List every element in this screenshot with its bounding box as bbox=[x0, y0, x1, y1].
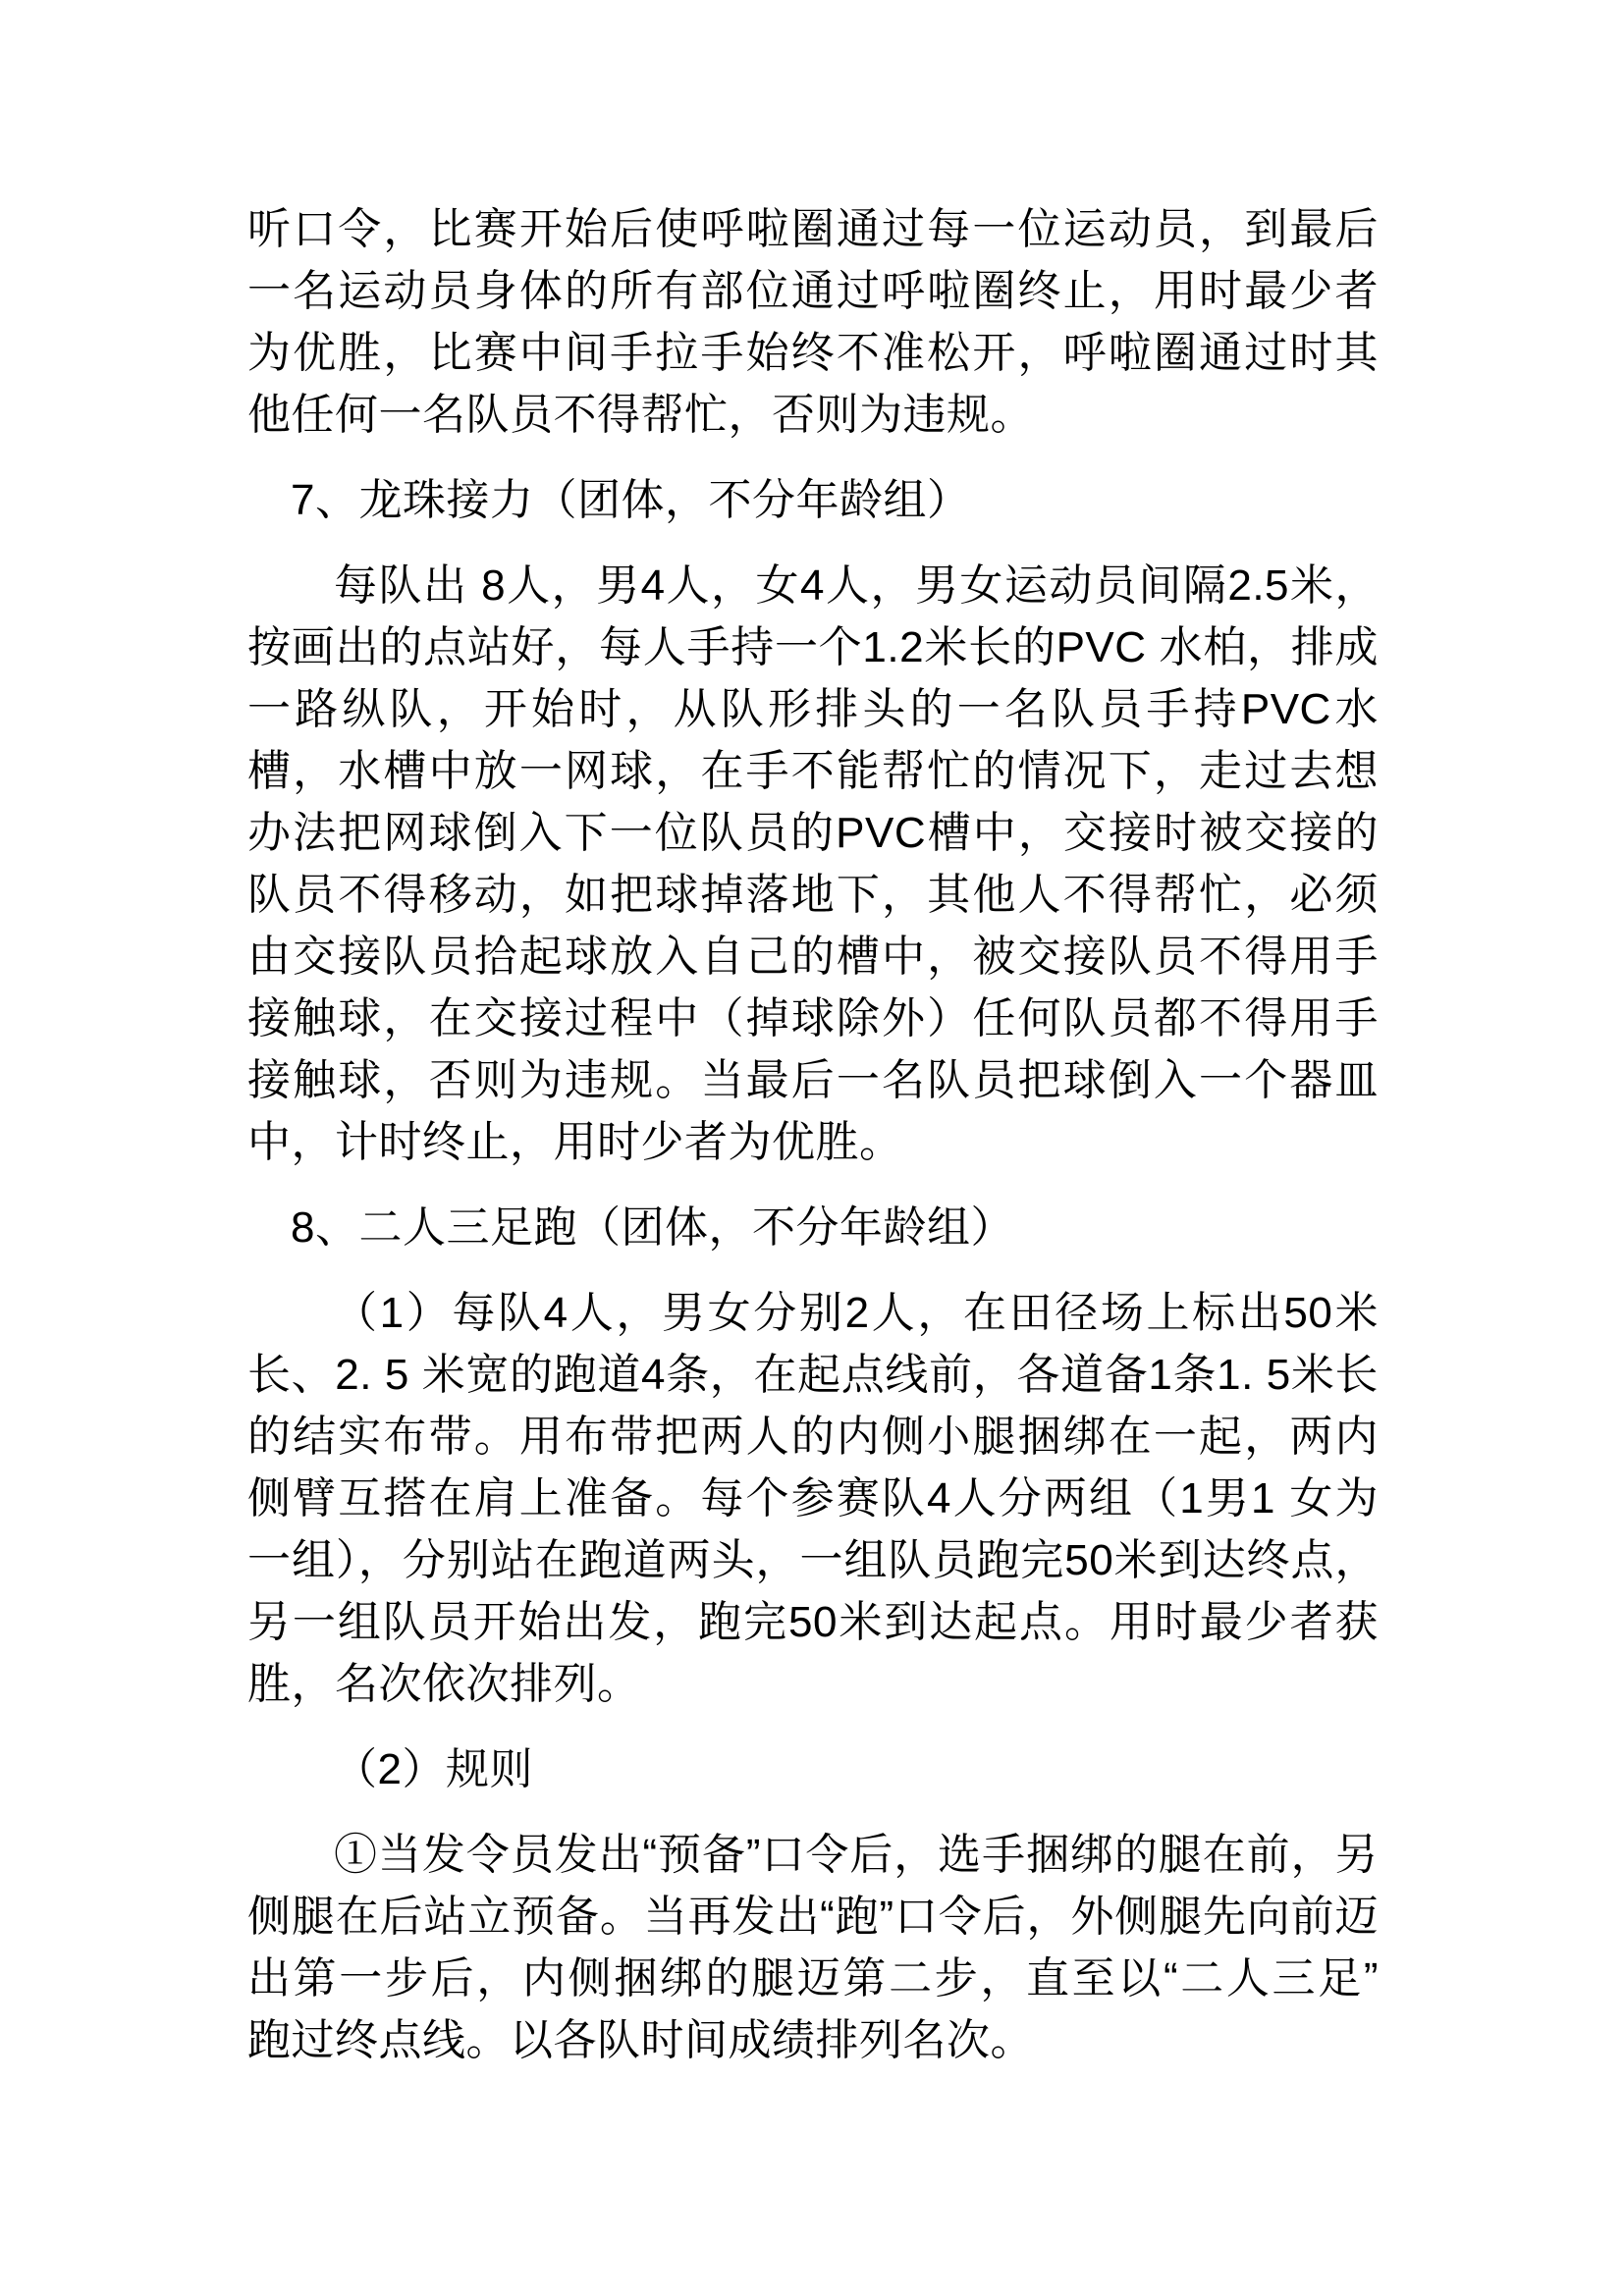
document-page: 听口令，比赛开始后使呼啦圈通过每一位运动员，到最后一名运动员身体的所有部位通过呼… bbox=[0, 0, 1624, 2296]
paragraph-hula-hoop-rule-continued: 听口令，比赛开始后使呼啦圈通过每一位运动员，到最后一名运动员身体的所有部位通过呼… bbox=[247, 198, 1379, 446]
paragraph-rule-1-start-commands: ①当发令员发出“预备”口令后，选手捆绑的腿在前，另侧腿在后站立预备。当再发出“跑… bbox=[247, 1824, 1379, 2071]
paragraph-rules-label: （2）规则 bbox=[247, 1738, 1379, 1800]
document-page-background: { "document": { "language": "zh-CN", "pa… bbox=[0, 0, 1624, 2296]
paragraph-three-legged-race-setup: （1）每队4人，男女分别2人，在田径场上标出50米长、2. 5 米宽的跑道4条，… bbox=[247, 1282, 1379, 1715]
heading-item-8-three-legged-race: 8、二人三足跑（团体，不分年龄组） bbox=[247, 1197, 1379, 1258]
paragraph-dragon-ball-relay-description: 每队出 8人，男4人，女4人，男女运动员间隔2.5米，按画出的点站好，每人手持一… bbox=[247, 555, 1379, 1173]
heading-item-7-dragon-ball-relay: 7、龙珠接力（团体，不分年龄组） bbox=[247, 469, 1379, 531]
